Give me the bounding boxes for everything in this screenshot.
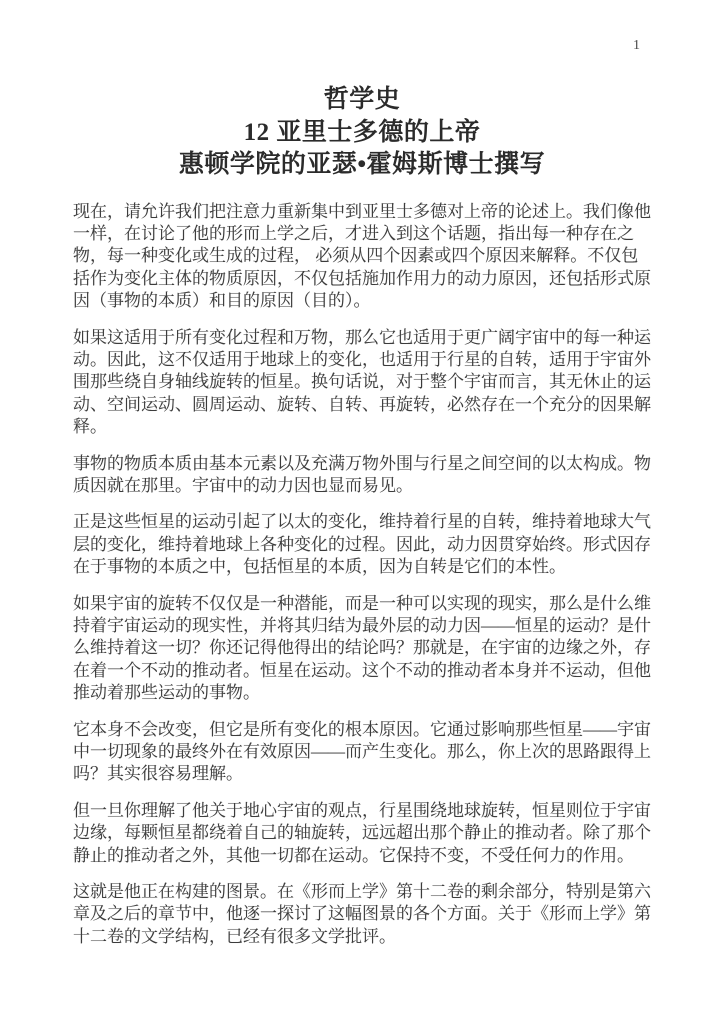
paragraph: 正是这些恒星的运动引起了以太的变化，维持着行星的自转，维持着地球大气层的变化，维… [73,511,652,578]
document-title: 哲学史 12 亚里士多德的上帝 惠顿学院的亚瑟•霍姆斯博士撰写 [0,0,724,182]
document-body: 现在，请允许我们把注意力重新集中到亚里士多德对上帝的论述上。我们像他一样，在讨论… [0,201,724,949]
paragraph: 这就是他正在构建的图景。在《形而上学》第十二卷的剩余部分，特别是第六章及之后的章… [73,881,652,948]
paragraph: 事物的物质本质由基本元素以及充满万物外围与行星之间空间的以太构成。物质因就在那里… [73,453,652,498]
title-line-chapter: 12 亚里士多德的上帝 [0,117,724,150]
paragraph: 如果这适用于所有变化过程和万物，那么它也适用于更广阔宇宙中的每一种运动。因此，这… [73,327,652,439]
title-line-author: 惠顿学院的亚瑟•霍姆斯博士撰写 [0,149,724,182]
paragraph: 现在，请允许我们把注意力重新集中到亚里士多德对上帝的论述上。我们像他一样，在讨论… [73,201,652,313]
title-line-series: 哲学史 [0,84,724,117]
paragraph: 但一旦你理解了他关于地心宇宙的观点，行星围绕地球旋转，恒星则位于宇宙边缘，每颗恒… [73,800,652,867]
paragraph: 它本身不会改变，但它是所有变化的根本原因。它通过影响那些恒星——宇宙中一切现象的… [73,719,652,786]
document-page: 1 哲学史 12 亚里士多德的上帝 惠顿学院的亚瑟•霍姆斯博士撰写 现在，请允许… [0,0,724,1024]
paragraph: 如果宇宙的旋转不仅仅是一种潜能，而是一种可以实现的现实，那么是什么维持着宇宙运动… [73,593,652,705]
page-number: 1 [633,38,640,54]
